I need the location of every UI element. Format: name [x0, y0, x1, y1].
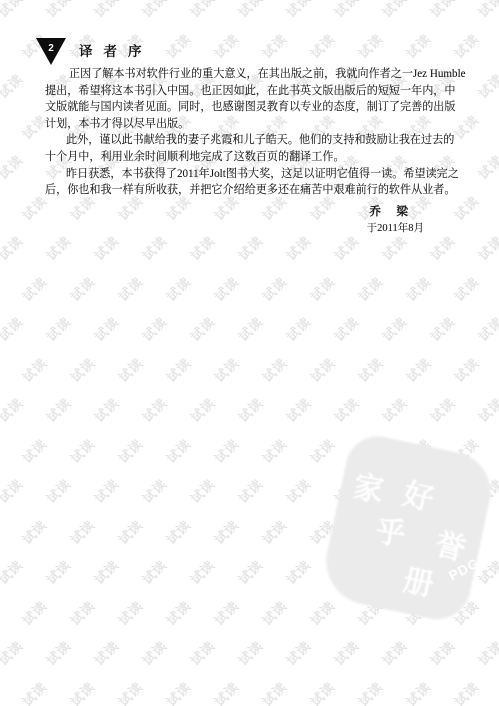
trial-watermark: 试读: [353, 352, 386, 385]
text-line: 此外，谨以此书献给我的妻子兆霞和儿子皓天。他们的支持和鼓励让我在过去的: [45, 132, 469, 149]
trial-watermark: 试读: [41, 636, 74, 669]
text-line: 十个月中，利用业余时间顺利地完成了这数百页的翻译工作。: [45, 149, 469, 166]
trial-watermark: 试读: [137, 393, 170, 426]
trial-watermark: 试读: [209, 271, 242, 304]
trial-watermark: 试读: [89, 393, 122, 426]
signature-block: 乔 梁 于2011年8月: [367, 204, 424, 237]
trial-watermark: 试读: [473, 636, 499, 669]
trial-watermark: 试读: [281, 0, 314, 21]
trial-watermark: 试读: [137, 312, 170, 345]
text-line: 正因了解本书对软件行业的重大意义，在其出版之前，我就向作者之一Jez Humbl…: [45, 66, 469, 83]
trial-watermark: 试读: [281, 393, 314, 426]
trial-watermark: 试读: [89, 474, 122, 507]
trial-watermark: 试读: [305, 676, 338, 706]
trial-watermark: 试读: [113, 514, 146, 547]
trial-watermark: 试读: [89, 231, 122, 264]
page-title: 译者序: [79, 40, 153, 60]
trial-watermark: 试读: [233, 393, 266, 426]
trial-watermark: 试读: [449, 352, 482, 385]
trial-watermark: 试读: [281, 474, 314, 507]
trial-watermark: 试读: [329, 312, 362, 345]
trial-watermark: 试读: [353, 676, 386, 706]
trial-watermark: 试读: [65, 433, 98, 466]
trial-watermark: 试读: [0, 231, 27, 264]
trial-watermark: 试读: [401, 676, 434, 706]
trial-watermark: 试读: [185, 231, 218, 264]
trial-watermark: 试读: [425, 636, 458, 669]
signature-date: 于2011年8月: [367, 221, 424, 237]
trial-watermark: 试读: [233, 312, 266, 345]
trial-watermark: 试读: [233, 636, 266, 669]
trial-watermark: 试读: [473, 312, 499, 345]
trial-watermark: 试读: [377, 0, 410, 21]
trial-watermark: 试读: [0, 636, 27, 669]
trial-watermark: 试读: [89, 636, 122, 669]
trial-watermark: 试读: [0, 312, 27, 345]
trial-watermark: 试读: [257, 676, 290, 706]
trial-watermark: 试读: [209, 514, 242, 547]
trial-watermark: 试读: [377, 636, 410, 669]
trial-watermark: 试读: [185, 393, 218, 426]
trial-watermark: 试读: [329, 393, 362, 426]
trial-watermark: 试读: [281, 231, 314, 264]
trial-watermark: 试读: [17, 433, 50, 466]
trial-watermark: 试读: [137, 636, 170, 669]
trial-watermark: 试读: [161, 433, 194, 466]
trial-watermark: 试读: [161, 514, 194, 547]
trial-watermark: 试读: [425, 393, 458, 426]
trial-watermark: 试读: [161, 271, 194, 304]
trial-watermark: 试读: [233, 0, 266, 21]
trial-watermark: 试读: [425, 0, 458, 21]
trial-watermark: 试读: [0, 150, 27, 183]
trial-watermark: 试读: [425, 312, 458, 345]
trial-watermark: 试读: [137, 231, 170, 264]
trial-watermark: 试读: [473, 150, 499, 183]
trial-watermark: 试读: [41, 555, 74, 588]
trial-watermark: 试读: [209, 433, 242, 466]
trial-watermark: 试读: [257, 433, 290, 466]
text-line: 计划，本书才得以尽早出版。: [45, 116, 469, 133]
trial-watermark: 试读: [209, 676, 242, 706]
trial-watermark: 试读: [17, 595, 50, 628]
trial-watermark: 试读: [281, 636, 314, 669]
trial-watermark: 试读: [425, 231, 458, 264]
trial-watermark: 试读: [401, 352, 434, 385]
trial-watermark: 试读: [449, 676, 482, 706]
trial-watermark: 试读: [257, 352, 290, 385]
trial-watermark: 试读: [65, 514, 98, 547]
trial-watermark: 试读: [353, 271, 386, 304]
trial-watermark: 试读: [233, 231, 266, 264]
trial-watermark: 试读: [17, 676, 50, 706]
trial-watermark: 试读: [113, 271, 146, 304]
trial-watermark: 试读: [41, 231, 74, 264]
text-line: 提出，希望将这本书引入中国。也正因如此，在此书英文版出版后的短短一年内，中: [45, 83, 469, 100]
publisher-seal-watermark: 家 好 乎 誉 册 PDG: [318, 430, 499, 630]
page-header: 2 译者序: [0, 38, 499, 68]
trial-watermark: 试读: [41, 312, 74, 345]
trial-watermark: 试读: [257, 271, 290, 304]
trial-watermark: 试读: [65, 271, 98, 304]
trial-watermark: 试读: [41, 474, 74, 507]
trial-watermark: 试读: [161, 352, 194, 385]
trial-watermark: 试读: [329, 0, 362, 21]
trial-watermark: 试读: [113, 595, 146, 628]
text-line: 后，你也和我一样有所收获，并把它介绍给更多还在痛苦中艰难前行的软件从业者。: [45, 182, 469, 199]
trial-watermark: 试读: [233, 555, 266, 588]
trial-watermark: 试读: [257, 595, 290, 628]
trial-watermark: 试读: [209, 352, 242, 385]
trial-watermark: 试读: [17, 271, 50, 304]
trial-watermark: 试读: [113, 676, 146, 706]
trial-watermark: 试读: [65, 595, 98, 628]
page-number: 2: [48, 44, 54, 54]
trial-watermark: 试读: [17, 352, 50, 385]
trial-watermark: 试读: [377, 312, 410, 345]
trial-watermark: 试读: [0, 393, 27, 426]
trial-watermark: 试读: [113, 352, 146, 385]
trial-watermark: 试读: [401, 271, 434, 304]
trial-watermark: 试读: [185, 312, 218, 345]
trial-watermark: 试读: [0, 555, 27, 588]
trial-watermark: 试读: [89, 555, 122, 588]
translator-name: 乔 梁: [367, 204, 424, 221]
trial-watermark: 试读: [329, 231, 362, 264]
trial-watermark: 试读: [17, 514, 50, 547]
trial-watermark: 试读: [0, 0, 27, 21]
scanned-book-page: 试读试读试读试读试读试读试读试读试读试读试读试读试读试读试读试读试读试读试读试读…: [0, 0, 499, 706]
trial-watermark: 试读: [473, 393, 499, 426]
trial-watermark: 试读: [113, 433, 146, 466]
trial-watermark: 试读: [257, 514, 290, 547]
preface-text: 正因了解本书对软件行业的重大意义，在其出版之前，我就向作者之一Jez Humbl…: [45, 66, 469, 199]
trial-watermark: 试读: [0, 474, 27, 507]
trial-watermark: 试读: [0, 69, 27, 102]
trial-watermark: 试读: [41, 393, 74, 426]
trial-watermark: 试读: [473, 69, 499, 102]
trial-watermark: 试读: [137, 555, 170, 588]
trial-watermark: 试读: [65, 676, 98, 706]
trial-watermark: 试读: [305, 352, 338, 385]
trial-watermark: 试读: [89, 0, 122, 21]
trial-watermark: 试读: [377, 393, 410, 426]
trial-watermark: 试读: [281, 555, 314, 588]
trial-watermark: 试读: [65, 352, 98, 385]
trial-watermark: 试读: [89, 312, 122, 345]
text-line: 文版就能与国内读者见面。同时，也感谢图灵教育以专业的态度，制订了完善的出版: [45, 99, 469, 116]
trial-watermark: 试读: [329, 636, 362, 669]
trial-watermark: 试读: [233, 474, 266, 507]
trial-watermark: 试读: [137, 0, 170, 21]
trial-watermark: 试读: [209, 595, 242, 628]
trial-watermark: 试读: [137, 474, 170, 507]
text-line: 昨日获悉，本书获得了2011年Jolt图书大奖，这足以证明它值得一读。希望读完之: [45, 166, 469, 183]
trial-watermark: 试读: [473, 0, 499, 21]
trial-watermark: 试读: [185, 0, 218, 21]
trial-watermark: 试读: [449, 271, 482, 304]
trial-watermark: 试读: [185, 636, 218, 669]
trial-watermark: 试读: [185, 555, 218, 588]
trial-watermark: 试读: [41, 0, 74, 21]
trial-watermark: 试读: [161, 595, 194, 628]
trial-watermark: 试读: [305, 271, 338, 304]
trial-watermark: 试读: [473, 231, 499, 264]
page-number-triangle-icon: 2: [36, 38, 66, 65]
trial-watermark: 试读: [161, 676, 194, 706]
trial-watermark: 试读: [281, 312, 314, 345]
trial-watermark: 试读: [185, 474, 218, 507]
